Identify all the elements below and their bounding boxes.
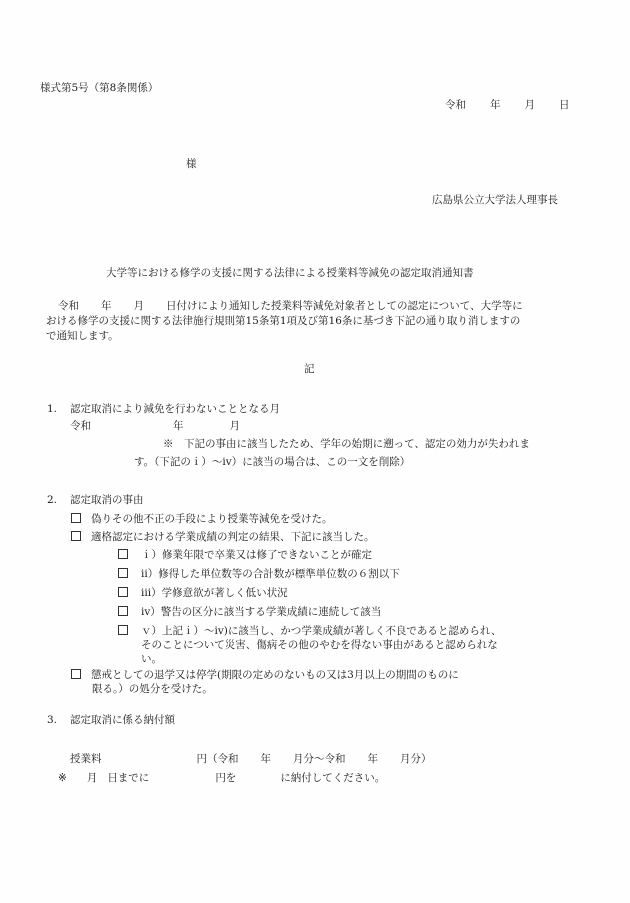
subreason-item-ii[interactable]: ii）修得した単位数等の合計数が標準単位数の６割以下	[118, 567, 400, 581]
section2-heading: 2.認定取消の事由	[47, 493, 144, 507]
checkbox[interactable]	[71, 513, 81, 523]
reason-label: 懲戒としての退学又は停学(期限の定めのないもの又は3月以上の期間のものに	[91, 669, 459, 681]
section1-month: 月	[230, 420, 241, 432]
section3-heading: 3.認定取消に係る納付額	[47, 713, 175, 727]
date-year: 年	[490, 99, 501, 111]
note-rest: に納付してください。	[280, 772, 385, 784]
sender-name: 広島県公立大学法人理事長	[432, 193, 558, 207]
recipient-honorific: 様	[186, 157, 197, 171]
checkbox[interactable]	[71, 531, 81, 541]
date-era: 令和	[445, 99, 466, 111]
section1-number: 1.	[47, 402, 70, 416]
checkbox[interactable]	[118, 549, 128, 559]
section2-number: 2.	[47, 493, 70, 507]
subreason-label: ii）修得した単位数等の合計数が標準単位数の６割以下	[141, 568, 400, 580]
date-line: 令和年月日	[445, 98, 570, 112]
subreason-item-v[interactable]: ｖ）上記ｉ）～iv)に該当し、かつ学業成績が著しく不良であると認められ、	[118, 624, 502, 638]
fee-month-2: 月分）	[400, 753, 432, 765]
subreason-label: ｖ）上記ｉ）～iv)に該当し、かつ学業成績が著しく不良であると認められ、	[141, 625, 502, 637]
fee-year-2: 年	[368, 753, 379, 765]
reason-label: 適格認定における学業成績の判定の結果、下記に該当した。	[91, 531, 375, 543]
section1-note-line-2: す。（下記のｉ）～iv）に該当の場合は、この一文を削除）	[134, 455, 410, 469]
checkbox[interactable]	[71, 669, 81, 679]
fee-month-1: 月分～令和	[293, 753, 346, 765]
subreason-label: iii）学修意欲が著しく低い状況	[141, 587, 288, 599]
note-month: 月	[87, 772, 98, 784]
body-year: 年	[101, 300, 112, 312]
subreason-item-iv[interactable]: iv）警告の区分に該当する学業成績に連続して該当	[118, 605, 381, 619]
body-line-1: 令和年月日付けにより通知した授業料等減免対象者としての認定について、大学等に	[58, 299, 523, 313]
subreason-item-i[interactable]: ｉ）修業年限で卒業又は修了できないことが確定	[118, 548, 372, 562]
date-month: 月	[525, 99, 536, 111]
checkbox[interactable]	[118, 625, 128, 635]
body-line-1-rest: 日付けにより通知した授業料等減免対象者としての認定について、大学等に	[166, 300, 523, 312]
reason-item-academic[interactable]: 適格認定における学業成績の判定の結果、下記に該当した。	[71, 530, 375, 544]
note-yen: 円を	[215, 772, 236, 784]
date-day: 日	[559, 99, 570, 111]
section1-year: 年	[173, 420, 184, 432]
reason-discipline-line-2: 限る。）の処分を受けた。	[92, 682, 213, 696]
form-number: 様式第5号（第8条関係）	[40, 81, 158, 95]
subreason-v-line-3: い。	[141, 652, 162, 666]
checkbox[interactable]	[118, 568, 128, 578]
fee-year-1: 年	[261, 753, 272, 765]
section3-number: 3.	[47, 713, 70, 727]
body-line-2: おける修学の支援に関する法律施行規則第15条第1項及び第16条に基づき下記の通り…	[46, 314, 520, 328]
section2-title: 認定取消の事由	[70, 494, 144, 506]
subreason-v-line-2: そのことについて災害、傷病その他のやむを得ない事由があると認められな	[141, 638, 498, 652]
checkbox[interactable]	[118, 606, 128, 616]
body-month: 月	[134, 300, 145, 312]
reason-item-fraud[interactable]: 偽りその他不正の手段により授業等減免を受けた。	[71, 512, 333, 526]
subreason-label: ｉ）修業年限で卒業又は修了できないことが確定	[141, 549, 372, 561]
reason-item-discipline[interactable]: 懲戒としての退学又は停学(期限の定めのないもの又は3月以上の期間のものに	[71, 668, 459, 682]
section1-note-line-1: ※ 下記の事由に該当したため、学年の始期に遡って、認定の効力が失われま	[163, 437, 530, 451]
section1-title: 認定取消により減免を行わないこととなる月	[70, 403, 280, 415]
payment-note-line: ※月日までに円をに納付してください。	[58, 771, 385, 785]
fee-line: 授業料円（令和年月分～令和年月分）	[70, 752, 432, 766]
section3-title: 認定取消に係る納付額	[70, 714, 175, 726]
reason-label: 偽りその他不正の手段により授業等減免を受けた。	[91, 513, 333, 525]
subreason-item-iii[interactable]: iii）学修意欲が著しく低い状況	[118, 586, 288, 600]
body-era: 令和	[58, 300, 79, 312]
document-title: 大学等における修学の支援に関する法律による授業料等減免の認定取消通知書	[106, 266, 474, 280]
fee-yen: 円（令和	[197, 753, 239, 765]
ki-label: 記	[304, 362, 315, 376]
subreason-label: iv）警告の区分に該当する学業成績に連続して該当	[141, 606, 381, 618]
section1-era: 令和	[70, 420, 91, 432]
body-line-3: で通知します。	[46, 329, 119, 343]
section1-heading: 1.認定取消により減免を行わないこととなる月	[47, 402, 280, 416]
note-mark: ※	[58, 772, 67, 784]
note-day: 日までに	[107, 772, 149, 784]
fee-label: 授業料	[70, 753, 102, 765]
section1-month-line: 令和年月	[70, 419, 240, 433]
checkbox[interactable]	[118, 587, 128, 597]
